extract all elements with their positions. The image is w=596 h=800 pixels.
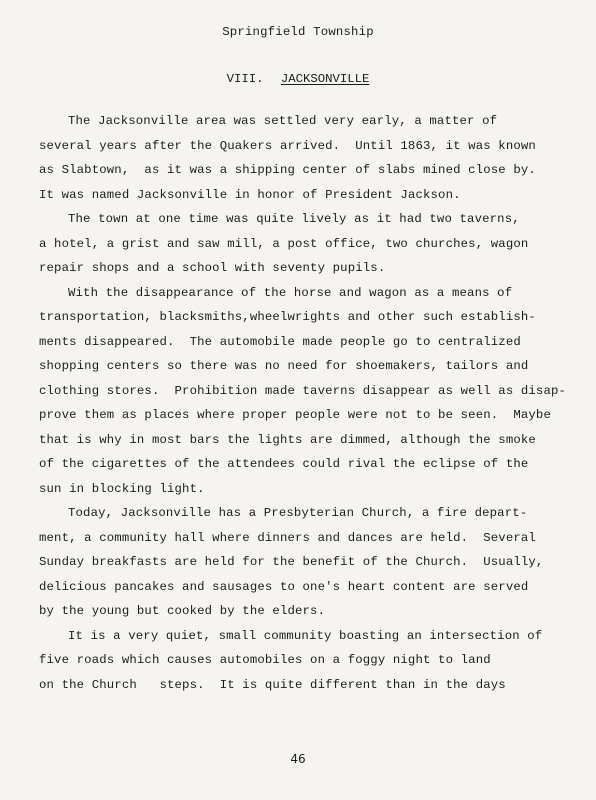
text-line: sun in blocking light. — [39, 477, 569, 502]
text-line: repair shops and a school with seventy p… — [39, 256, 569, 281]
text-line: by the young but cooked by the elders. — [39, 599, 569, 624]
text-line: ment, a community hall where dinners and… — [39, 526, 569, 551]
text-line: a hotel, a grist and saw mill, a post of… — [39, 232, 569, 257]
text-line: It is a very quiet, small community boas… — [39, 624, 569, 649]
text-line: The Jacksonville area was settled very e… — [39, 109, 569, 134]
text-line: as Slabtown, as it was a shipping center… — [39, 158, 569, 183]
chapter-name: JACKSONVILLE — [281, 72, 370, 86]
text-line: The town at one time was quite lively as… — [39, 207, 569, 232]
text-line: on the Church steps. It is quite differe… — [39, 673, 569, 698]
chapter-number: VIII. — [227, 72, 264, 86]
text-line: transportation, blacksmiths,wheelwrights… — [39, 305, 569, 330]
text-line: of the cigarettes of the attendees could… — [39, 452, 569, 477]
text-line: ments disappeared. The automobile made p… — [39, 330, 569, 355]
text-line: Today, Jacksonville has a Presbyterian C… — [39, 501, 569, 526]
text-line: that is why in most bars the lights are … — [39, 428, 569, 453]
body-text: The Jacksonville area was settled very e… — [39, 109, 569, 697]
chapter-title: VIII. JACKSONVILLE — [0, 72, 596, 86]
text-line: shopping centers so there was no need fo… — [39, 354, 569, 379]
page-number: 46 — [0, 752, 596, 766]
document-page: Springfield Township VIII. JACKSONVILLE … — [0, 0, 596, 800]
text-line: Sunday breakfasts are held for the benef… — [39, 550, 569, 575]
text-line: several years after the Quakers arrived.… — [39, 134, 569, 159]
text-line: prove them as places where proper people… — [39, 403, 569, 428]
text-line: clothing stores. Prohibition made tavern… — [39, 379, 569, 404]
text-line: five roads which causes automobiles on a… — [39, 648, 569, 673]
text-line: It was named Jacksonville in honor of Pr… — [39, 183, 569, 208]
running-head: Springfield Township — [0, 25, 596, 39]
text-line: delicious pancakes and sausages to one's… — [39, 575, 569, 600]
text-line: With the disappearance of the horse and … — [39, 281, 569, 306]
